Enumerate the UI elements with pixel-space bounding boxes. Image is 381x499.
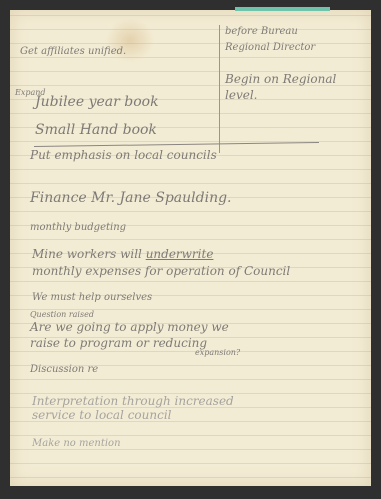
note-monthly-expenses: monthly expenses for operation of Counci… [32, 264, 290, 278]
note-raise-program: raise to program or reducing [30, 336, 207, 350]
note-question-raised: Question raised [30, 310, 94, 319]
note-make-no-mention: Make no mention [32, 438, 121, 449]
note-mine-workers: Mine workers will underwrite [32, 247, 213, 261]
note-before-bureau: before Bureau [225, 26, 298, 37]
section-divider-line [34, 142, 319, 147]
note-expansion: expansion? [195, 348, 240, 357]
note-service-local-council: service to local council [32, 408, 172, 422]
note-interpretation: Interpretation through increased [32, 394, 234, 408]
note-affiliates: Get affiliates unified. [20, 46, 126, 57]
note-regional-director: Regional Director [225, 42, 315, 53]
note-level: level. [225, 88, 257, 102]
note-small-handbook: Small Hand book [35, 122, 157, 138]
note-local-councils: Put emphasis on local councils [30, 148, 217, 162]
column-divider [219, 25, 220, 153]
note-monthly-budgeting: monthly budgeting [30, 222, 126, 233]
notebook-page: Get affiliates unified. Expand Jubilee y… [10, 10, 371, 486]
note-finance-speaker: Finance Mr. Jane Spaulding. [30, 190, 232, 206]
note-apply-money: Are we going to apply money we [30, 320, 229, 334]
note-help-ourselves: We must help ourselves [32, 292, 152, 303]
note-discussion: Discussion re [30, 364, 98, 375]
folder-tab-marker [235, 7, 330, 11]
note-begin-regional: Begin on Regional [225, 72, 336, 86]
note-jubilee-yearbook: Jubilee year book [35, 94, 159, 110]
